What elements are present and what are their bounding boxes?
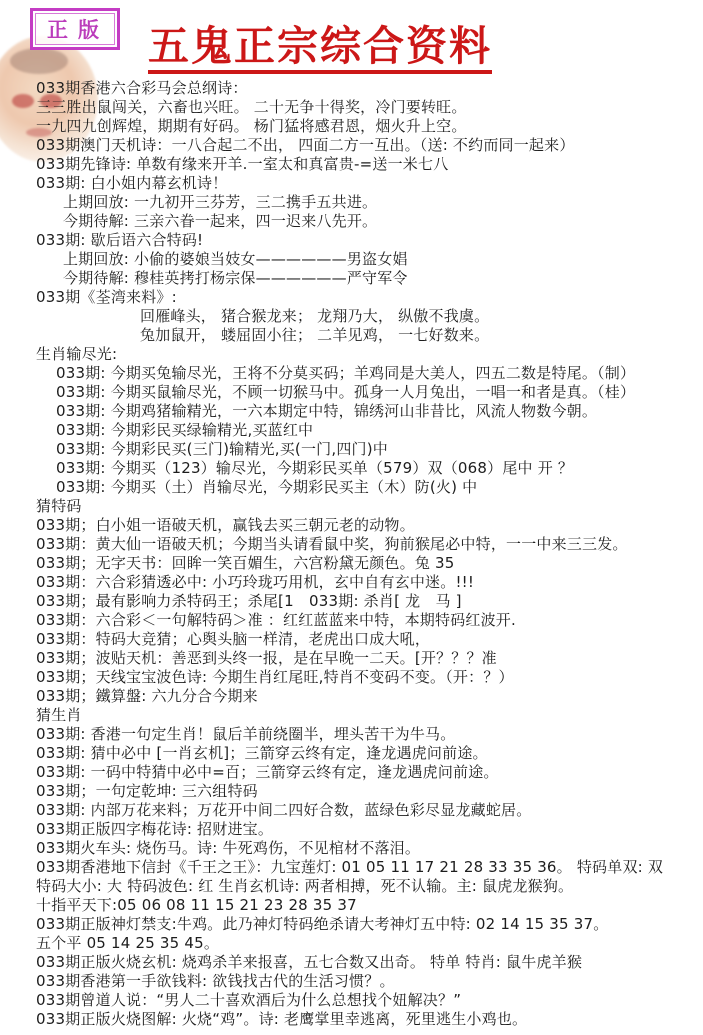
text-line: 033期: 白小姐内幕玄机诗！ [36, 174, 703, 193]
text-line: 033期正版火烧玄机: 烧鸡杀羊来报喜，五七合数又出奇。 特单 特肖: 鼠牛虎羊… [36, 953, 703, 972]
lottery-tip-sheet: 正版 五鬼正宗综合资料 033期香港六合彩马会总纲诗：三三胜出鼠闯关，六畜也兴旺… [0, 0, 703, 1035]
text-line: 生肖输尽光: [36, 345, 703, 364]
text-line: 033期；一句定乾坤: 三六组特码 [36, 782, 703, 801]
text-line: 033期: 今期买（123）输尽光，今期彩民买单（579）双（068）尾中 开 … [56, 459, 703, 478]
text-line: 一九四九创辉煌，期期有好码。 杨门猛将感君恩，烟火升上空。 [36, 117, 703, 136]
text-line: 033期火车头: 烧伤马。诗: 牛死鸡伤，不见棺材不落泪。 [36, 839, 703, 858]
text-line: 猜生肖 [36, 706, 703, 725]
text-line: 回雁峰头， 猪合猴龙来； 龙翔乃大， 纵傲不我虞。 [140, 307, 703, 326]
portrait-hair [10, 48, 68, 74]
text-line: 上期回放: 一九初开三芬芳，三二携手五共进。 [63, 193, 703, 212]
text-line: 033期；最有影响力杀特码王；杀尾[1 033期: 杀肖[ 龙 马 ] [36, 592, 703, 611]
page-title: 五鬼正宗综合资料 [148, 24, 492, 74]
text-line: 三三胜出鼠闯关，六畜也兴旺。 二十无争十得奖，冷门要转旺。 [36, 98, 703, 117]
text-line: 033期: 一码中特猜中必中=百；三箭穿云终有定，逢龙遇虎问前途。 [36, 763, 703, 782]
text-line: 033期；鐵算盤: 六九分合今期来 [36, 687, 703, 706]
text-line: 033期；白小姐一语破天机，赢钱去买三朝元老的动物。 [36, 516, 703, 535]
text-line: 033期: 内部万花来料；万花开中间二四好合数，蓝绿色彩尽显龙藏蛇居。 [36, 801, 703, 820]
text-line: 033期正版神灯禁支:牛鸡。此乃神灯特码绝杀请大考神灯五中特: 02 14 15… [36, 915, 703, 934]
text-line: 033期正版四字梅花诗: 招财进宝。 [36, 820, 703, 839]
text-line: 033期: 今期鸡猪输精光，一六本期定中特，锦绣河山非昔比，风流人物数今朝。 [56, 402, 703, 421]
text-line: 033期：特码大竞猜；心舆头脑一样清，老虎出口成大吼， [36, 630, 703, 649]
text-line: 033期；无字天书：回眸一笑百媚生，六宫粉黛无颜色。兔 35 [36, 554, 703, 573]
text-line: 033期: 今期买鼠输尽光，不顾一切猴马中。孤身一人月兔出，一唱一和者是真。（桂… [56, 383, 703, 402]
text-line: 033期；波贴天机：善恶到头终一报，是在早晚一二天。[开？？？准 [36, 649, 703, 668]
text-line: 033期：六合彩猜透必中: 小巧玲珑巧用机，玄中自有玄中迷。!!! [36, 573, 703, 592]
text-line: 033期先锋诗: 单数有缘来开羊.一室太和真富贵-=送一米七八 [36, 155, 703, 174]
text-line: 033期: 今期彩民买(三门)输精光,买(一门,四门)中 [56, 440, 703, 459]
text-line: 033期澳门天机诗：一八合起二不出， 四面二方一互出。（送: 不约而同一起来） [36, 136, 703, 155]
text-line: 033期: 歇后语六合特码! [36, 231, 703, 250]
text-line: 033期香港六合彩马会总纲诗： [36, 79, 703, 98]
text-line: 033期: 今期彩民买绿输精光,买蓝红中 [56, 421, 703, 440]
text-line: 033期: 今期买兔输尽光，王将不分莫买码；羊鸡同是大美人，四五二数是特尾。（制… [56, 364, 703, 383]
text-line: 今期待解: 穆桂英拷打杨宗保——————严守军令 [63, 269, 703, 288]
text-line: 猜特码 [36, 497, 703, 516]
text-line: 特码大小: 大 特码波色: 红 生肖玄机诗: 两者相搏，死不认输。主: 鼠虎龙猴… [36, 877, 703, 896]
text-line: 兔加鼠开， 蝼屈固小往； 二羊见鸡， 一七好数来。 [140, 326, 703, 345]
authentic-badge: 正版 [30, 8, 120, 50]
text-line: 033期曾道人说：“男人二十喜欢酒后为什么总想找个妞解决？” [36, 991, 703, 1010]
text-line: 上期回放: 小偷的婆娘当妓女——————男盗女娼 [63, 250, 703, 269]
text-line: 033期: 猜中必中 [一肖玄机]；三箭穿云终有定，逢龙遇虎问前途。 [36, 744, 703, 763]
text-line: 今期待解: 三亲六眷一起来，四一迟来八先开。 [63, 212, 703, 231]
text-line: 033期；天线宝宝波色诗: 今期生肖红尾旺,特肖不变码不变。（开：？） [36, 668, 703, 687]
text-line: 033期: 今期买（土）肖输尽光，今期彩民买主（木）防(火) 中 [56, 478, 703, 497]
text-line: 033期香港第一手欲钱料: 欲钱找古代的生活习惯？。 [36, 972, 703, 991]
text-line: 033期《荃湾来料》: [36, 288, 703, 307]
text-line: 033期：六合彩＜一句解特码＞准 ：红红蓝蓝来中特，本期特码红波开. [36, 611, 703, 630]
text-line: 033期：黄大仙一语破天机；今期当头请看鼠中奖，狗前猴尾必中特，一一中来三三发。 [36, 535, 703, 554]
text-line: 033期正版火烧图解: 火烧“鸡”。诗: 老鹰掌里幸逃离，死里逃生小鸡也。 [36, 1010, 703, 1029]
content-lines: 033期香港六合彩马会总纲诗：三三胜出鼠闯关，六畜也兴旺。 二十无争十得奖，冷门… [0, 79, 703, 1029]
text-line: 五个平 05 14 25 35 45。 [36, 934, 703, 953]
text-line: 033期香港地下信封《千王之王》：九宝莲灯: 01 05 11 17 21 28… [36, 858, 703, 877]
text-line: 033期: 香港一句定生肖！鼠后羊前绕圈半，埋头苦干为牛马。 [36, 725, 703, 744]
text-line: 十指平天下:05 06 08 11 15 21 23 28 35 37 [36, 896, 703, 915]
